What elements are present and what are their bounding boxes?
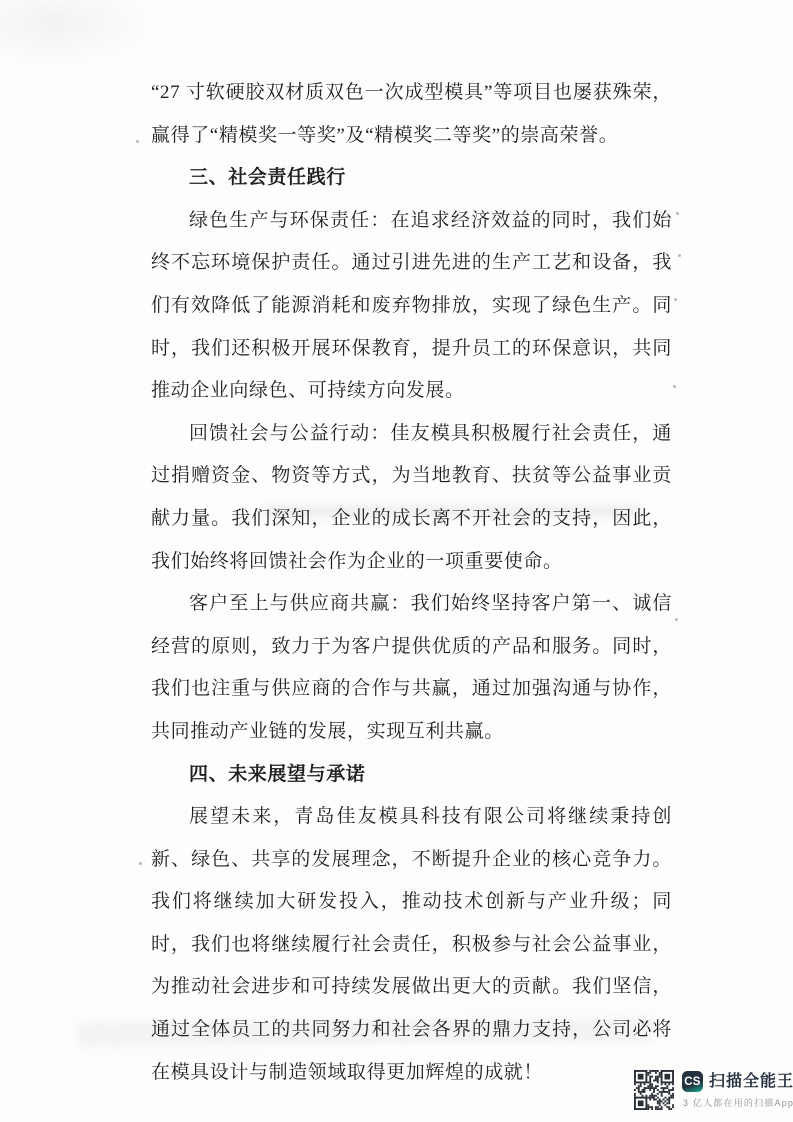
qr-code-icon <box>634 1070 674 1110</box>
camscanner-watermark: CS 扫描全能王 3 亿人都在用的扫描App <box>634 1068 784 1114</box>
paragraph-customer-first: 客户至上与供应商共赢：我们始终坚持客户第一、诚信经营的原则，致力于为客户提供优质… <box>151 583 672 753</box>
heading-future-outlook: 四、未来展望与承诺 <box>151 754 672 797</box>
paragraph-green-production: 绿色生产与环保责任：在追求经济效益的同时，我们始终不忘环境保护责任。通过引进先进… <box>151 200 672 413</box>
scanned-document-page: “27 寸软硬胶双材质双色一次成型模具”等项目也屡获殊荣，赢得了“精模奖一等奖”… <box>0 0 793 1122</box>
scan-speck <box>675 618 678 621</box>
paragraph-awards-continuation: “27 寸软硬胶双材质双色一次成型模具”等项目也屡获殊荣，赢得了“精模奖一等奖”… <box>151 72 672 157</box>
scan-speck <box>678 254 681 257</box>
camscanner-tagline: 3 亿人都在用的扫描App <box>683 1096 793 1109</box>
document-text: “27 寸软硬胶双材质双色一次成型模具”等项目也屡获殊荣，赢得了“精模奖一等奖”… <box>151 72 672 1094</box>
scan-speck <box>674 298 677 301</box>
paragraph-future-commitment: 展望未来，青岛佳友模具科技有限公司将继续秉持创新、绿色、共享的发展理念，不断提升… <box>151 796 672 1094</box>
camscanner-logo-text: CS <box>684 1076 701 1088</box>
scan-speck <box>673 385 676 388</box>
scan-speck <box>676 212 679 215</box>
paragraph-giving-back: 回馈社会与公益行动：佳友模具积极履行社会责任，通过捐赠资金、物资等方式，为当地教… <box>151 413 672 583</box>
camscanner-app-name: 扫描全能王 <box>709 1071 793 1092</box>
heading-social-responsibility: 三、社会责任践行 <box>151 157 672 200</box>
camscanner-logo-icon: CS <box>682 1071 703 1092</box>
scan-speck <box>139 862 142 865</box>
scan-smudge-top-left <box>0 0 155 65</box>
scan-speck <box>136 140 139 143</box>
